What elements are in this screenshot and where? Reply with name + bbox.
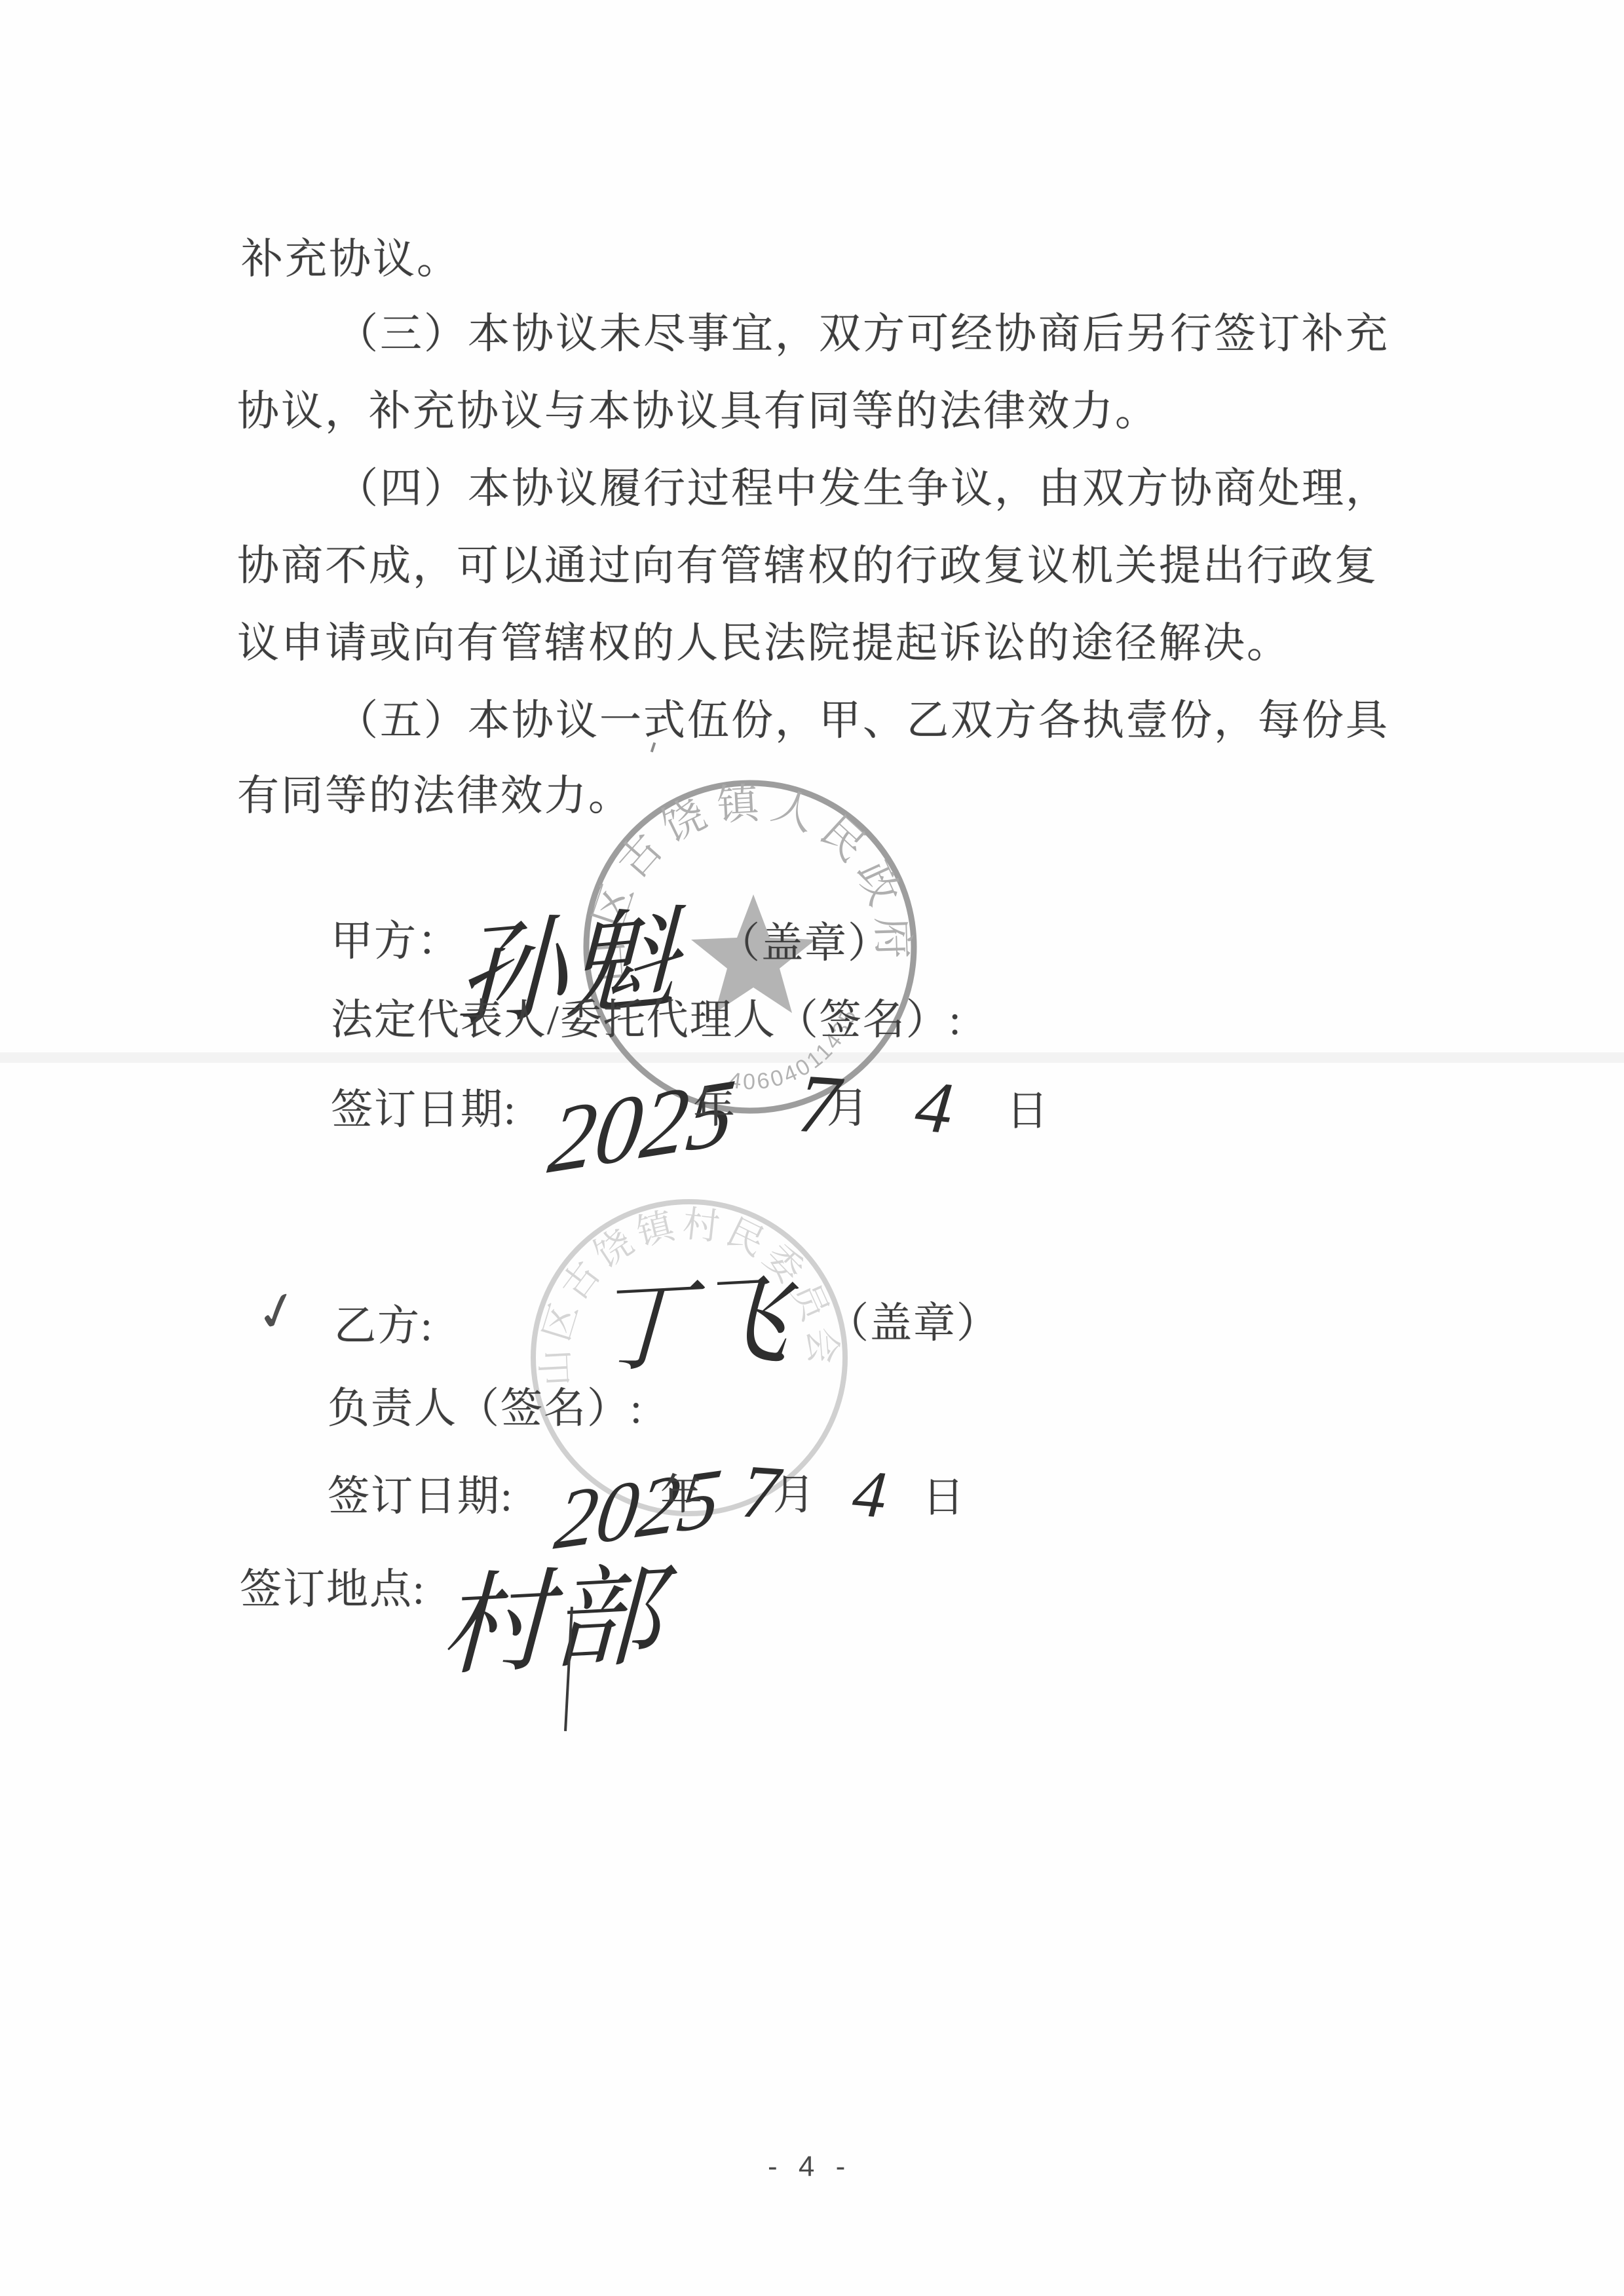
party-b-handwritten-day: 4 bbox=[850, 1455, 890, 1534]
party-a-handwritten-day: 4 bbox=[911, 1063, 956, 1151]
body-text-line: 补充协议。 bbox=[241, 225, 461, 286]
party-b-signature: 丁飞 bbox=[590, 1240, 791, 1392]
party-b-sign-date-label: 签订日期: bbox=[328, 1463, 514, 1523]
party-b-day-suffix: 日 bbox=[922, 1464, 966, 1524]
checkmark-annotation: ✓ bbox=[249, 1276, 307, 1347]
body-text-line: 协议，补充协议与本协议具有同等的法律效力。 bbox=[237, 377, 1159, 438]
party-b-handwritten-place: 村部 bbox=[439, 1527, 662, 1697]
party-b-manager-label: 负责人（签名）: bbox=[328, 1375, 643, 1435]
body-text-line: （三）本协议未尽事宜，双方可经协商后另行签订补充 bbox=[336, 300, 1389, 360]
body-text-line: 有同等的法律效力。 bbox=[237, 762, 632, 822]
party-a-year-suffix: 年 bbox=[693, 1075, 736, 1135]
party-a-month-suffix: 月 bbox=[827, 1075, 870, 1135]
party-a-seal-note: （盖章） bbox=[718, 909, 891, 970]
body-text-line: 议申请或向有管辖权的人民法院提起诉讼的途径解决。 bbox=[237, 609, 1291, 670]
party-b-seal-note: （盖章） bbox=[827, 1290, 1000, 1350]
body-text-line: （四）本协议履行过程中发生争议，由双方协商处理， bbox=[336, 455, 1389, 515]
party-b-month-suffix: 月 bbox=[773, 1461, 816, 1521]
party-b-label: 乙方: bbox=[334, 1292, 434, 1352]
party-b-sign-place-label: 签订地点: bbox=[240, 1556, 426, 1616]
page-number: - 4 - bbox=[768, 2151, 852, 2183]
party-a-day-suffix: 日 bbox=[1006, 1077, 1049, 1138]
party-a-sign-date-label: 签订日期: bbox=[331, 1076, 517, 1136]
body-text-line: 协商不成，可以通过向有管辖权的行政复议机关提出行政复 bbox=[237, 532, 1378, 592]
party-b-year-suffix: 年 bbox=[660, 1461, 704, 1521]
party-a-representative-label: 法定代表人/委托代理人（签名）: bbox=[331, 986, 962, 1046]
scanned-contract-page: 补充协议。 （三）本协议未尽事宜，双方可经协商后另行签订补充 协议，补充协议与本… bbox=[0, 0, 1624, 2296]
party-a-label: 甲方： bbox=[331, 908, 461, 968]
body-text-line: （五）本协议一式伍份，甲、乙双方各执壹份，每份具 bbox=[336, 687, 1389, 747]
